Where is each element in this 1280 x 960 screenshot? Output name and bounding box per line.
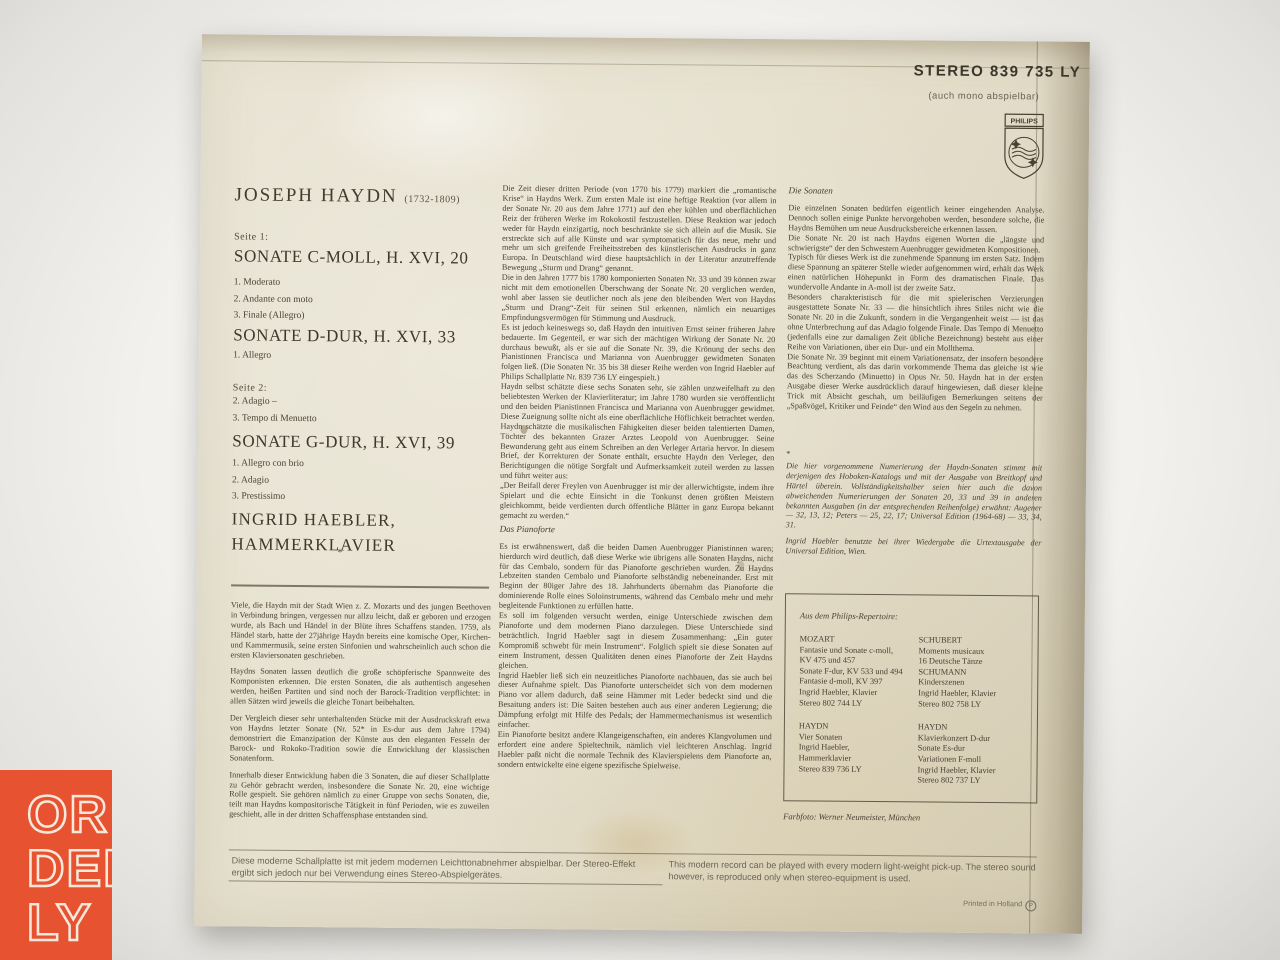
liner-notes-right-column: Die Sonaten Die einzelnen Sonaten bedürf… — [786, 186, 1044, 450]
line-item: 16 Deutsche Tänze — [918, 657, 1023, 669]
repertoire-column-1: MOZARTFantasie und Sonate c-moll,KV 475 … — [798, 634, 904, 799]
line-item: 1. Moderato — [234, 277, 313, 288]
record-sleeve-back: STEREO 839 735 LY (auch mono abspielbar)… — [194, 34, 1090, 934]
philips-logo-icon: PHILIPS — [996, 113, 1053, 183]
line-item: HAYDN — [799, 722, 904, 734]
repertoire-mozart: MOZARTFantasie und Sonate c-moll,KV 475 … — [799, 634, 905, 709]
philips-repertoire-box: Aus dem Philips-Repertoire: MOZARTFantas… — [783, 593, 1039, 803]
repertoire-schubert-schumann: SCHUBERTMoments musicaux16 Deutsche Tänz… — [918, 635, 1024, 710]
sonata3-title: SONATE G-DUR, H. XVI, 39 — [232, 431, 455, 453]
repertoire-haydn-konzert: HAYDNKlavierkonzert D-durSonate Es-durVa… — [917, 723, 1023, 787]
line-item: Ingrid Haebler, Klavier — [799, 687, 904, 699]
line-item: HAYDN — [918, 723, 1023, 735]
numbering-footnote: * Die hier vorgenommene Numerierung der … — [785, 449, 1042, 589]
line-item: Es ist jedoch keineswegs so, daß Haydn d… — [501, 322, 776, 384]
orderly-logo: OR DER LY — [0, 770, 112, 960]
performer-line1: INGRID HAEBLER, — [232, 506, 397, 532]
line-item: 3. Finale (Allegro) — [233, 310, 312, 321]
watermark-line3: LY — [27, 894, 93, 952]
liner-notes-left-column: Viele, die Haydn mit der Stadt Wien z. Z… — [229, 600, 491, 844]
composer-title: JOSEPH HAYDN (1732-1809) — [234, 184, 460, 208]
orderly-watermark: OR DER LY — [0, 770, 112, 960]
line-item: Haydns Sonaten lassen deutlich die große… — [230, 667, 490, 709]
sonata3-tracks: 1. Allegro con brio2. Adagio3. Prestissi… — [232, 458, 304, 508]
sonata2-tracks-side1: 1. Allegro — [233, 350, 271, 367]
line-item: SCHUBERT — [919, 635, 1024, 647]
photo-background: STEREO 839 735 LY (auch mono abspielbar)… — [0, 0, 1280, 960]
sonata2-title: SONATE D-DUR, H. XVI, 33 — [233, 325, 456, 347]
line-item: 1. Allegro — [233, 350, 271, 360]
line-item: Ingrid Haebler ließ sich ein neuzeitlich… — [498, 670, 773, 732]
asterisk-mark: * — [337, 547, 342, 558]
line-item: MOZART — [800, 634, 905, 646]
printed-text: Printed in Holland — [963, 899, 1022, 909]
repertoire-column-2: SCHUBERTMoments musicaux16 Deutsche Tänz… — [917, 635, 1023, 800]
footnote-asterisk: * — [786, 449, 1042, 461]
sonata1-title: SONATE C-MOLL, H. XVI, 20 — [234, 246, 469, 268]
footnote-text: Die hier vorgenommene Numerierung der Ha… — [785, 461, 1042, 558]
line-item: Variationen F-moll — [918, 754, 1023, 766]
playback-note-english: This modern record can be played with ev… — [669, 858, 1039, 885]
catalog-number: STEREO 839 735 LY — [914, 62, 1082, 80]
watermark-line1: OR — [27, 786, 109, 844]
performer-name: INGRID HAEBLER, HAMMERKLAVIER — [231, 506, 396, 557]
line-item: 2. Adagio – — [233, 396, 317, 407]
line-item: Stereo 802 758 LY — [918, 699, 1023, 711]
line-item: „Der Beifall derer Freylen von Auenbrugg… — [500, 481, 774, 523]
line-item: Die in den Jahren 1777 bis 1780 komponie… — [501, 273, 775, 325]
right-paragraphs: Die einzelnen Sonaten bedürfen eigentlic… — [787, 203, 1045, 413]
circled-p-icon: P — [1025, 900, 1036, 911]
sonata1-tracks: 1. Moderato2. Andante con moto3. Finale … — [233, 277, 313, 327]
svg-text:PHILIPS: PHILIPS — [1011, 118, 1039, 125]
printed-in-holland: Printed in HollandP — [906, 898, 1036, 911]
mono-playable-note: (auch mono abspielbar) — [928, 90, 1039, 102]
line-item: Stereo 802 744 LY — [799, 698, 904, 710]
line-item: Die Sonate Nr. 39 beginnt mit einem Vari… — [787, 352, 1044, 414]
line-item: Die Zeit dieser dritten Periode (von 177… — [502, 184, 777, 276]
line-item: 1. Allegro con brio — [232, 458, 304, 469]
side1-label: Seite 1: — [234, 231, 268, 242]
line-item: Haydn selbst schätzte diese sechs Sonate… — [500, 382, 775, 483]
line-item: Der Vergleich dieser sehr unterhaltenden… — [230, 713, 490, 765]
middle-paragraphs-a: Die Zeit dieser dritten Periode (von 177… — [500, 184, 777, 523]
performer-line2: HAMMERKLAVIER — [231, 531, 396, 557]
line-item: Typisch für dieses Werk ist die zunehmen… — [788, 253, 1044, 295]
line-item: Ingrid Haebler benutzte bei ihrer Wieder… — [785, 537, 1041, 559]
line-item: 3. Tempo di Menuetto — [233, 413, 317, 424]
sonaten-heading: Die Sonaten — [789, 186, 1045, 198]
watermark-line2: DER — [27, 840, 112, 898]
line-item: Stereo 802 737 LY — [917, 776, 1022, 788]
line-item: Innerhalb dieser Entwicklung haben die 3… — [229, 770, 489, 822]
sonata2-tracks-side2: 2. Adagio –3. Tempo di Menuetto — [232, 396, 316, 430]
middle-paragraphs-b: Es ist erwähnenswert, daß die beiden Dam… — [498, 541, 774, 771]
line-item: Sonate Es-dur — [918, 744, 1023, 756]
line-item: Es ist erwähnenswert, daß die beiden Dam… — [499, 541, 774, 613]
line-item: Ingrid Haebler, Klavier — [918, 688, 1023, 700]
line-item: KV 475 und 457 — [799, 656, 904, 668]
line-item: Ein Pianoforte besitzt andere Klangeigen… — [498, 730, 772, 772]
line-item: Es soll im folgenden versucht werden, ei… — [498, 611, 773, 673]
repertoire-haydn-sonaten: HAYDNVier SonatenIngrid Haebler,Hammerkl… — [798, 722, 903, 776]
line-item: Besonders charakteristisch für die mit s… — [787, 292, 1044, 354]
divider-rule — [231, 584, 489, 588]
line-item: Stereo 839 736 LY — [798, 764, 903, 776]
composer-years: (1732-1809) — [404, 194, 460, 205]
line-item: Die einzelnen Sonaten bedürfen eigentlic… — [788, 203, 1044, 235]
line-item: Viele, die Haydn mit der Stadt Wien z. Z… — [230, 600, 491, 662]
liner-notes-middle-column: Die Zeit dieser dritten Periode (von 177… — [497, 184, 777, 841]
line-item: 2. Adagio — [232, 475, 304, 486]
side2-label: Seite 2: — [233, 382, 267, 393]
playback-note-german: Diese moderne Schallplatte ist mit jedem… — [232, 854, 660, 882]
scuff-mark — [311, 45, 572, 187]
photo-credit: Farbfoto: Werner Neumeister, München — [783, 811, 920, 822]
line-item: 2. Andante con moto — [234, 294, 313, 305]
line-item: 3. Prestissimo — [232, 491, 304, 502]
repertoire-heading: Aus dem Philips-Repertoire: — [800, 610, 1024, 622]
composer-name: JOSEPH HAYDN — [234, 184, 397, 206]
pianoforte-heading: Das Pianoforte — [500, 525, 774, 537]
line-item: Die Sonate Nr. 20 ist nach Haydns eigene… — [788, 233, 1044, 255]
line-item: Hammerklavier — [799, 753, 904, 765]
line-item: Die hier vorgenommene Numerierung der Ha… — [786, 461, 1043, 533]
